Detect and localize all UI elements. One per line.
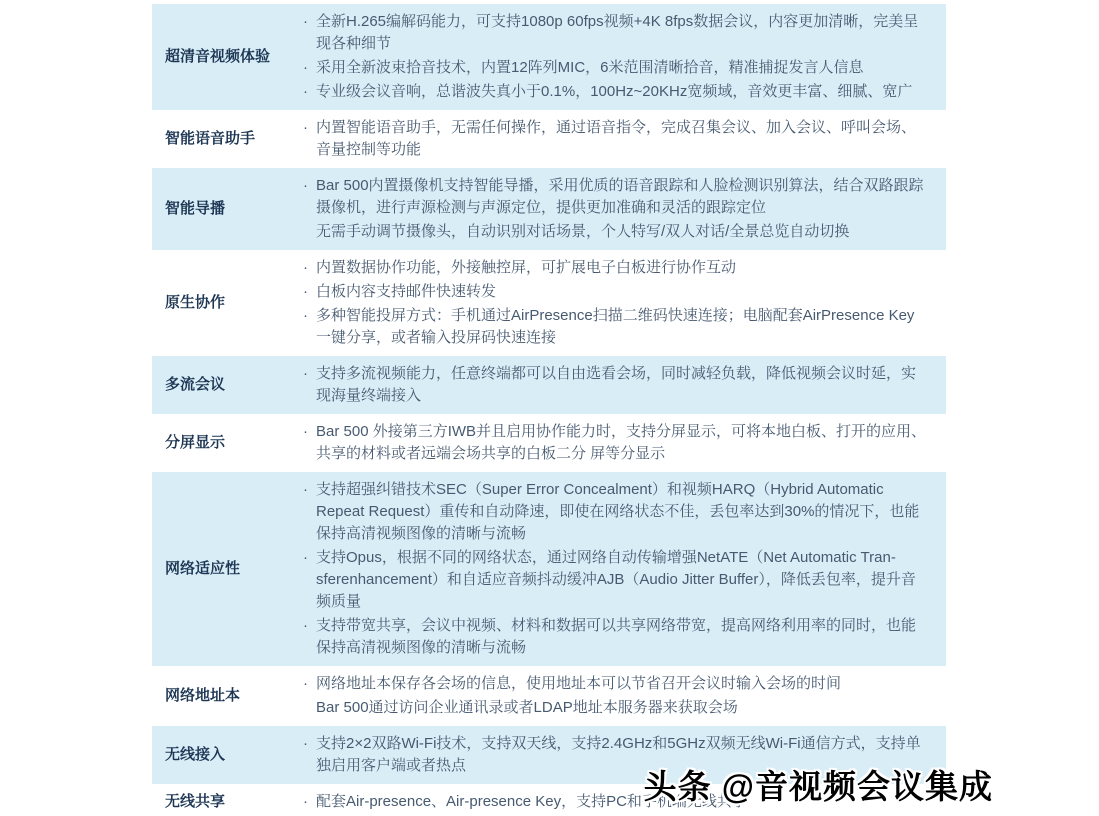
feature-bullet-item: ·专业级会议音响，总谐波失真小于0.1%，100Hz~20KHz宽频域，音效更丰… <box>303 81 928 103</box>
feature-text: 全新H.265编解码能力，可支持1080p 60fps视频+4K 8fps数据会… <box>316 13 918 52</box>
feature-row: 原生协作 ·内置数据协作功能，外接触控屏，可扩展电子白板进行协作互动·白板内容支… <box>152 250 946 356</box>
feature-row: 智能导播 ·Bar 500内置摄像机支持智能导播，采用优质的语音跟踪和人脸检测识… <box>152 168 946 250</box>
feature-text: 多种智能投屏方式：手机通过AirPresence扫描二维码快速连接；电脑配套Ai… <box>316 307 914 346</box>
bullet-dot-icon: · <box>303 421 315 443</box>
feature-text: 支持超强纠错技术SEC（Super Error Concealment）和视频H… <box>316 481 919 542</box>
feature-row: 超清音视频体验 ·全新H.265编解码能力，可支持1080p 60fps视频+4… <box>152 4 946 110</box>
feature-bullet-item: ·内置智能语音助手，无需任何操作，通过语音指令，完成召集会议、加入会议、呼叫会场… <box>303 117 928 161</box>
feature-bullet-item: ·网络地址本保存各会场的信息，使用地址本可以节省召开会议时输入会场的时间 <box>303 673 928 695</box>
feature-bullet-item: ·支持超强纠错技术SEC（Super Error Concealment）和视频… <box>303 479 928 545</box>
feature-name: 网络地址本 <box>152 673 303 719</box>
bullet-dot-icon: · <box>303 257 315 279</box>
feature-text: 采用全新波束拾音技术，内置12阵列MIC，6米范围清晰拾音，精准捕捉发言人信息 <box>316 59 864 76</box>
feature-name: 分屏显示 <box>152 421 303 465</box>
feature-text: 白板内容支持邮件快速转发 <box>316 283 496 300</box>
feature-details: ·内置数据协作功能，外接触控屏，可扩展电子白板进行协作互动·白板内容支持邮件快速… <box>303 257 946 349</box>
feature-details: ·全新H.265编解码能力，可支持1080p 60fps视频+4K 8fps数据… <box>303 11 946 103</box>
feature-bullet-item: ·白板内容支持邮件快速转发 <box>303 281 928 303</box>
feature-bullet-item: ·全新H.265编解码能力，可支持1080p 60fps视频+4K 8fps数据… <box>303 11 928 55</box>
bullet-dot-icon: · <box>303 547 315 569</box>
feature-name: 多流会议 <box>152 363 303 407</box>
feature-row: 智能语音助手 ·内置智能语音助手，无需任何操作，通过语音指令，完成召集会议、加入… <box>152 110 946 168</box>
feature-text: Bar 500 外接第三方IWB并且启用协作能力时，支持分屏显示，可将本地白板、… <box>316 423 926 462</box>
bullet-dot-icon: · <box>303 305 315 327</box>
feature-text: 支持多流视频能力，任意终端都可以自由选看会场，同时减轻负载，降低视频会议时延，实… <box>316 365 916 404</box>
feature-text: 支持带宽共享，会议中视频、材料和数据可以共享网络带宽，提高网络利用率的同时，也能… <box>316 617 916 656</box>
bullet-dot-icon: · <box>303 281 315 303</box>
bullet-dot-icon: · <box>303 175 315 197</box>
feature-details: ·支持超强纠错技术SEC（Super Error Concealment）和视频… <box>303 479 946 659</box>
feature-bullet-item: ·支持带宽共享，会议中视频、材料和数据可以共享网络带宽，提高网络利用率的同时，也… <box>303 615 928 659</box>
feature-text: Bar 500通过访问企业通讯录或者LDAP地址本服务器来获取会场 <box>316 699 738 716</box>
feature-bullet-item: ·支持Opus，根据不同的网络状态，通过网络自动传输增强NetATE（Net A… <box>303 547 928 613</box>
bullet-dot-icon: · <box>303 479 315 501</box>
feature-bullet-item: ·采用全新波束拾音技术，内置12阵列MIC，6米范围清晰拾音，精准捕捉发言人信息 <box>303 57 928 79</box>
watermark-text: 头条 @音视频会议集成 <box>644 768 993 805</box>
feature-text: 无需手动调节摄像头，自动识别对话场景，个人特写/双人对话/全景总览自动切换 <box>316 223 849 240</box>
feature-name: 无线接入 <box>152 733 303 777</box>
bullet-dot-icon: · <box>303 81 315 103</box>
bullet-dot-icon: · <box>303 733 315 755</box>
feature-bullet-item: ·内置数据协作功能，外接触控屏，可扩展电子白板进行协作互动 <box>303 257 928 279</box>
feature-row: 网络地址本 ·网络地址本保存各会场的信息，使用地址本可以节省召开会议时输入会场的… <box>152 666 946 726</box>
feature-continuation-line: 无需手动调节摄像头，自动识别对话场景，个人特写/双人对话/全景总览自动切换 <box>303 221 928 243</box>
feature-text: Bar 500内置摄像机支持智能导播，采用优质的语音跟踪和人脸检测识别算法，结合… <box>316 177 924 216</box>
bullet-dot-icon: · <box>303 615 315 637</box>
feature-name: 无线共享 <box>152 791 303 813</box>
bullet-dot-icon: · <box>303 363 315 385</box>
feature-bullet-item: ·支持多流视频能力，任意终端都可以自由选看会场，同时减轻负载，降低视频会议时延，… <box>303 363 928 407</box>
feature-row: 多流会议 ·支持多流视频能力，任意终端都可以自由选看会场，同时减轻负载，降低视频… <box>152 356 946 414</box>
feature-details: ·网络地址本保存各会场的信息，使用地址本可以节省召开会议时输入会场的时间Bar … <box>303 673 946 719</box>
feature-name: 原生协作 <box>152 257 303 349</box>
feature-row: 网络适应性 ·支持超强纠错技术SEC（Super Error Concealme… <box>152 472 946 666</box>
bullet-dot-icon: · <box>303 11 315 33</box>
feature-text: 支持Opus，根据不同的网络状态，通过网络自动传输增强NetATE（Net Au… <box>316 549 916 610</box>
feature-name: 网络适应性 <box>152 479 303 659</box>
bullet-dot-icon: · <box>303 791 315 813</box>
watermark: 头条 @音视频会议集成 <box>644 761 993 808</box>
bullet-dot-icon: · <box>303 673 315 695</box>
feature-details: ·内置智能语音助手，无需任何操作，通过语音指令，完成召集会议、加入会议、呼叫会场… <box>303 117 946 161</box>
feature-details: ·Bar 500内置摄像机支持智能导播，采用优质的语音跟踪和人脸检测识别算法，结… <box>303 175 946 243</box>
feature-details: ·支持多流视频能力，任意终端都可以自由选看会场，同时减轻负载，降低视频会议时延，… <box>303 363 946 407</box>
bullet-dot-icon: · <box>303 117 315 139</box>
feature-continuation-line: Bar 500通过访问企业通讯录或者LDAP地址本服务器来获取会场 <box>303 697 928 719</box>
feature-spec-table: 超清音视频体验 ·全新H.265编解码能力，可支持1080p 60fps视频+4… <box>152 4 946 816</box>
feature-name: 超清音视频体验 <box>152 11 303 103</box>
feature-text: 网络地址本保存各会场的信息，使用地址本可以节省召开会议时输入会场的时间 <box>316 675 841 692</box>
feature-row: 分屏显示 ·Bar 500 外接第三方IWB并且启用协作能力时，支持分屏显示，可… <box>152 414 946 472</box>
feature-text: 内置智能语音助手，无需任何操作，通过语音指令，完成召集会议、加入会议、呼叫会场、… <box>316 119 916 158</box>
feature-name: 智能语音助手 <box>152 117 303 161</box>
bullet-dot-icon: · <box>303 57 315 79</box>
feature-text: 专业级会议音响，总谐波失真小于0.1%，100Hz~20KHz宽频域，音效更丰富… <box>316 83 912 100</box>
feature-text: 内置数据协作功能，外接触控屏，可扩展电子白板进行协作互动 <box>316 259 736 276</box>
feature-bullet-item: ·Bar 500 外接第三方IWB并且启用协作能力时，支持分屏显示，可将本地白板… <box>303 421 928 465</box>
feature-bullet-item: ·多种智能投屏方式：手机通过AirPresence扫描二维码快速连接；电脑配套A… <box>303 305 928 349</box>
feature-name: 智能导播 <box>152 175 303 243</box>
feature-bullet-item: ·Bar 500内置摄像机支持智能导播，采用优质的语音跟踪和人脸检测识别算法，结… <box>303 175 928 219</box>
feature-details: ·Bar 500 外接第三方IWB并且启用协作能力时，支持分屏显示，可将本地白板… <box>303 421 946 465</box>
